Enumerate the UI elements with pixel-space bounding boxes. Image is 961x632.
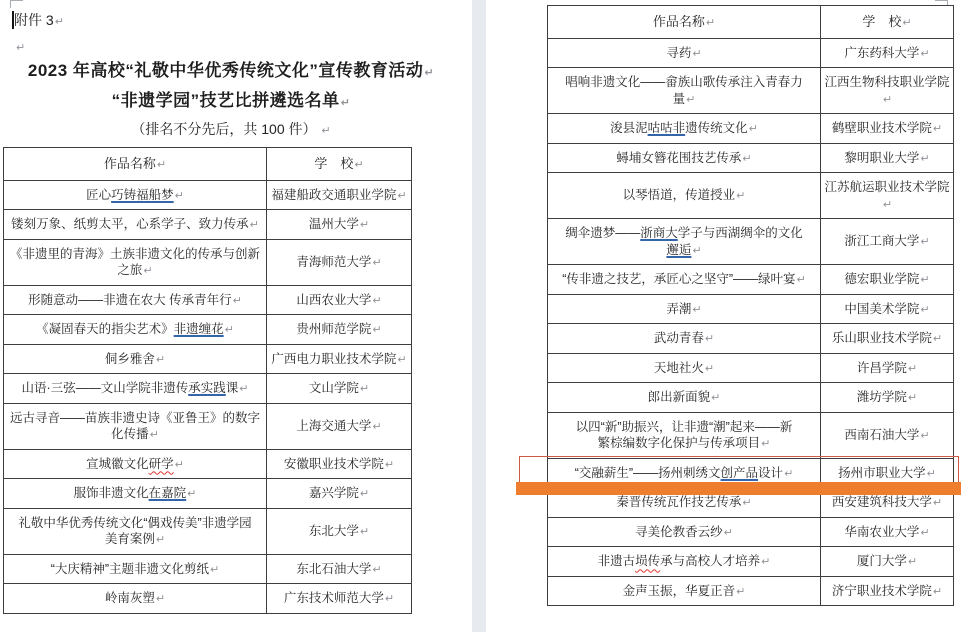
empty-paragraph[interactable]: ↵	[15, 38, 25, 56]
paragraph-mark: ↵	[385, 593, 394, 605]
attachment-label: 附件 3	[14, 12, 54, 28]
paragraph-mark: ↵	[927, 468, 936, 480]
paragraph-mark: ↵	[742, 153, 751, 165]
work-cell[interactable]: 服饰非遗文化在嘉院↵	[4, 479, 267, 509]
paragraph-mark: ↵	[797, 274, 806, 286]
paragraph-mark: ↵	[55, 16, 64, 28]
paragraph-mark: ↵	[692, 304, 701, 316]
work-text: 非遗古	[598, 554, 636, 568]
school-text: 青海师范大学	[296, 255, 371, 269]
work-text: 宣城徽文化	[86, 457, 149, 471]
school-text: 温州大学	[309, 217, 359, 231]
table-row: 匠心巧铸福船梦↵福建船政交通职业学院↵	[4, 180, 412, 210]
school-text: 江苏航运职业技术学院	[824, 180, 949, 194]
paragraph-mark: ↵	[761, 438, 770, 450]
table-header-row: 作品名称↵学 校↵	[4, 148, 412, 181]
table-row: 镂刻万象、纸剪太平，心系学子、致力传承↵温州大学↵	[4, 210, 412, 240]
school-text: 江西生物科技职业学院	[824, 75, 949, 89]
paragraph-mark: ↵	[883, 199, 892, 211]
work-text: 形随意动——非遗在农大 传承青年行	[28, 293, 231, 307]
work-text: 学子与西湖绸伞的文化	[678, 226, 803, 240]
school-text: 华南农业大学	[844, 525, 919, 539]
paragraph-mark: ↵	[372, 295, 381, 307]
school-text: 文山学院	[309, 381, 359, 395]
work-cell[interactable]: 侗乡雅舍↵	[4, 344, 267, 374]
work-cell[interactable]: 绸伞遗梦——浙商大学子与西湖绸伞的文化 邂逅↵	[548, 219, 821, 265]
work-text: 秦晋传统瓦作技艺传承	[616, 495, 741, 509]
work-text: 寻药	[666, 46, 691, 60]
paragraph-mark: ↵	[920, 527, 929, 539]
school-text: 乐山职业技术学院	[832, 331, 932, 345]
paragraph-mark: ↵	[705, 333, 714, 345]
work-text: 蟳埔女簪花围技艺传承	[616, 151, 741, 165]
school-cell[interactable]: 青海师范大学↵	[267, 239, 412, 285]
work-text: 侗乡雅舍	[105, 352, 155, 366]
paragraph-mark: ↵	[933, 333, 942, 345]
school-cell[interactable]: 西南石油大学↵	[821, 412, 954, 458]
school-cell[interactable]: 福建船政交通职业学院↵	[267, 180, 412, 210]
school-text: 鹤壁职业技术学院	[832, 121, 932, 135]
school-cell[interactable]: 温州大学↵	[267, 210, 412, 240]
paragraph-mark: ↵	[933, 123, 942, 135]
paragraph-mark: ↵	[711, 392, 720, 404]
work-text: 绸伞遗梦——	[565, 226, 640, 240]
work-text: 远古寻音——苗族非遗史诗《亚鲁王》的数字 化传播	[10, 411, 260, 442]
school-cell[interactable]: 东北大学↵	[267, 508, 412, 554]
work-text: 邂逅	[666, 243, 691, 257]
document-viewer: 附件 3↵ ↵ 2023 年高校“礼敬中华优秀传统文化”宣传教育活动↵ “非遗学…	[0, 0, 961, 632]
work-header-label: 作品名称	[653, 14, 705, 29]
work-cell[interactable]: 天地社火↵	[548, 353, 821, 383]
work-text: “传非遗之技艺，承匠心之坚守”——绿叶宴	[562, 272, 795, 286]
table-row: 唱响非遗文化——畲族山歌传承注入青春力 量↵江西生物科技职业学院↵	[548, 68, 954, 114]
table-row: 侗乡雅舍↵广西电力职业技术学院↵	[4, 344, 412, 374]
school-text: 济宁职业技术学院	[832, 584, 932, 598]
table-row: 宣城徽文化研学↵安徽职业技术学院↵	[4, 449, 412, 479]
paragraph-mark: ↵	[686, 94, 695, 106]
school-cell[interactable]: 江苏航运职业技术学院↵	[821, 173, 954, 219]
paragraph-mark: ↵	[175, 190, 184, 202]
margin-corner-mark	[10, 0, 23, 8]
document-title-line1[interactable]: 2023 年高校“礼敬中华优秀传统文化”宣传教育活动↵	[0, 56, 462, 81]
school-cell[interactable]: 鹤壁职业技术学院↵	[821, 114, 954, 144]
paragraph-mark: ↵	[933, 586, 942, 598]
school-header[interactable]: 学 校↵	[267, 148, 412, 181]
work-header-label: 作品名称	[104, 156, 156, 171]
paragraph-mark: ↵	[360, 383, 369, 395]
paragraph-mark: ↵	[908, 363, 917, 375]
work-cell[interactable]: 《凝固春天的指尖艺术》非遗缠花↵	[4, 315, 267, 345]
document-title-line2[interactable]: “非遗学园”技艺比拼遴选名单↵	[0, 86, 462, 111]
paragraph-mark: ↵	[692, 48, 701, 60]
table-row: “传非遗之技艺，承匠心之坚守”——绿叶宴↵德宏职业学院↵	[548, 265, 954, 295]
school-text: 嘉兴学院	[309, 486, 359, 500]
school-text: 广东药科大学	[844, 46, 919, 60]
work-text: 浚县泥	[610, 121, 648, 135]
table-header-row: 作品名称↵学 校↵	[548, 6, 954, 39]
table-row: 绸伞遗梦——浙商大学子与西湖绸伞的文化 邂逅↵浙江工商大学↵	[548, 219, 954, 265]
paragraph-mark: ↵	[360, 488, 369, 500]
table-row: 非遗古埙传承与高校人才培养↵厦门大学↵	[548, 547, 954, 577]
work-cell[interactable]: 寻美伦教香云纱↵	[548, 517, 821, 547]
paragraph-mark: ↵	[920, 236, 929, 248]
paragraph-mark: ↵	[143, 265, 152, 277]
work-text: 《非遗里的青海》土族非遗文化的传承与创新 之旅	[10, 247, 260, 278]
work-cell[interactable]: 《非遗里的青海》土族非遗文化的传承与创新 之旅↵	[4, 239, 267, 285]
work-cell[interactable]: 以琴悟道，传道授业↵	[548, 173, 821, 219]
school-cell[interactable]: 潍坊学院↵	[821, 383, 954, 413]
work-cell[interactable]: 形随意动——非遗在农大 传承青年行↵	[4, 285, 267, 315]
paragraph-mark: ↵	[187, 488, 196, 500]
school-cell[interactable]: 贵州师范学院↵	[267, 315, 412, 345]
work-text: 巧铸福船梦	[111, 188, 174, 202]
school-cell[interactable]: 山西农业大学↵	[267, 285, 412, 315]
table-row: 郎出新面貌↵潍坊学院↵	[548, 383, 954, 413]
school-text: 广西电力职业技术学院	[271, 352, 396, 366]
school-text: 中国美术学院	[844, 302, 919, 316]
school-cell[interactable]: 中国美术学院↵	[821, 294, 954, 324]
work-text: 承与高校人才培养	[660, 554, 760, 568]
table-row: 礼敬中华优秀传统文化“偶戏传美”非遗学园 美育案例↵东北大学↵	[4, 508, 412, 554]
school-cell[interactable]: 广西电力职业技术学院↵	[267, 344, 412, 374]
work-header[interactable]: 作品名称↵	[4, 148, 267, 181]
school-cell[interactable]: 黎明职业大学↵	[821, 143, 954, 173]
work-text: 承实践	[188, 381, 226, 395]
paragraph-mark: ↵	[150, 429, 159, 441]
work-text: 武动青春	[654, 331, 704, 345]
paragraph-mark: ↵	[233, 295, 242, 307]
table-row: 山语·三弦——文山学院非遗传承实践课↵文山学院↵	[4, 374, 412, 404]
paragraph-mark: ↵	[749, 123, 758, 135]
school-text: 德宏职业学院	[844, 272, 919, 286]
table-row: 远古寻音——苗族非遗史诗《亚鲁王》的数字 化传播↵上海交通大学↵	[4, 403, 412, 449]
school-header[interactable]: 学 校↵	[821, 6, 954, 39]
school-text: 贵州师范学院	[296, 322, 371, 336]
work-cell[interactable]: 弄潮↵	[548, 294, 821, 324]
school-cell[interactable]: 江西生物科技职业学院↵	[821, 68, 954, 114]
school-text: 扬州市职业大学	[838, 466, 926, 480]
table-row: 弄潮↵中国美术学院↵	[548, 294, 954, 324]
work-text: 浙商大	[640, 226, 678, 240]
attachment-line[interactable]: 附件 3↵	[14, 10, 64, 30]
work-cell[interactable]: 蟳埔女簪花围技艺传承↵	[548, 143, 821, 173]
work-text: 金声玉振，华夏正音	[623, 584, 736, 598]
school-text: 安徽职业技术学院	[284, 457, 384, 471]
school-text: 上海交通大学	[296, 419, 371, 433]
work-text: 课	[226, 381, 239, 395]
paragraph-mark: ↵	[341, 97, 351, 109]
work-text: 创产品	[721, 466, 759, 480]
paragraph-mark: ↵	[321, 125, 330, 137]
work-cell[interactable]: 秦晋传统瓦作技艺传承↵	[548, 488, 821, 518]
work-cell[interactable]: 远古寻音——苗族非遗史诗《亚鲁王》的数字 化传播↵	[4, 403, 267, 449]
table-row: 蟳埔女簪花围技艺传承↵黎明职业大学↵	[548, 143, 954, 173]
work-cell[interactable]: 寻药↵	[548, 38, 821, 68]
paragraph-mark: ↵	[883, 94, 892, 106]
work-text: 服饰非遗文化	[74, 486, 149, 500]
work-text: 以琴悟道，传道授业	[623, 188, 736, 202]
paragraph-mark: ↵	[920, 274, 929, 286]
table-row: “大庆精神”主题非遗文化剪纸↵东北石油大学↵	[4, 554, 412, 584]
page-gap	[472, 0, 486, 632]
school-cell[interactable]: 安徽职业技术学院↵	[267, 449, 412, 479]
paragraph-mark: ↵	[920, 430, 929, 442]
paragraph-mark: ↵	[225, 324, 234, 336]
work-text: 山语·三弦——文山学院非遗传	[22, 381, 189, 395]
paragraph-mark: ↵	[156, 593, 165, 605]
school-cell[interactable]: 乐山职业技术学院↵	[821, 324, 954, 354]
school-cell[interactable]: 上海交通大学↵	[267, 403, 412, 449]
paragraph-mark: ↵	[705, 363, 714, 375]
paragraph-mark: ↵	[706, 17, 715, 29]
work-cell[interactable]: “传非遗之技艺，承匠心之坚守”——绿叶宴↵	[548, 265, 821, 295]
paragraph-mark: ↵	[761, 556, 770, 568]
paragraph-mark: ↵	[156, 534, 165, 546]
paragraph-mark: ↵	[360, 526, 369, 538]
paragraph-mark: ↵	[372, 324, 381, 336]
school-cell[interactable]: 厦门大学↵	[821, 547, 954, 577]
table-row: 岭南灰塑↵广东技术师范大学↵	[4, 584, 412, 614]
school-cell[interactable]: 浙江工商大学↵	[821, 219, 954, 265]
work-cell[interactable]: 宣城徽文化研学↵	[4, 449, 267, 479]
paragraph-mark: ↵	[360, 219, 369, 231]
work-text: 研学	[149, 457, 174, 471]
school-text: 山西农业大学	[296, 293, 371, 307]
school-text: 浙江工商大学	[844, 234, 919, 248]
paragraph-mark: ↵	[239, 383, 248, 395]
selection-table-page2: 作品名称↵学 校↵寻药↵广东药科大学↵唱响非遗文化——畲族山歌传承注入青春力 量…	[547, 5, 954, 606]
table-row: 服饰非遗文化在嘉院↵嘉兴学院↵	[4, 479, 412, 509]
paragraph-mark: ↵	[156, 354, 165, 366]
school-cell[interactable]: 许昌学院↵	[821, 353, 954, 383]
work-cell[interactable]: 唱响非遗文化——畲族山歌传承注入青春力 量↵	[548, 68, 821, 114]
work-cell[interactable]: 山语·三弦——文山学院非遗传承实践课↵	[4, 374, 267, 404]
table-row: 《凝固春天的指尖艺术》非遗缠花↵贵州师范学院↵	[4, 315, 412, 345]
work-text: 设计	[758, 466, 783, 480]
paragraph-mark: ↵	[742, 497, 751, 509]
school-header-label: 学 校	[314, 156, 353, 171]
paragraph-mark: ↵	[908, 392, 917, 404]
paragraph-mark: ↵	[933, 497, 942, 509]
work-text: 岭南灰塑	[105, 591, 155, 605]
document-subtitle-note[interactable]: （排名不分先后，共 100 件） ↵	[0, 119, 462, 139]
school-cell[interactable]: 西安建筑科技大学↵	[821, 488, 954, 518]
work-cell[interactable]: “交融薪生”——扬州刺绣文创产品设计↵	[548, 458, 821, 488]
work-text: 天地社火	[654, 361, 704, 375]
school-cell[interactable]: 德宏职业学院↵	[821, 265, 954, 295]
work-cell[interactable]: 匠心巧铸福船梦↵	[4, 180, 267, 210]
paragraph-mark: ↵	[424, 67, 434, 79]
table-row: 武动青春↵乐山职业技术学院↵	[548, 324, 954, 354]
school-cell[interactable]: 文山学院↵	[267, 374, 412, 404]
school-text: 厦门大学	[857, 554, 907, 568]
paragraph-mark: ↵	[397, 354, 406, 366]
work-cell[interactable]: 金声玉振，华夏正音↵	[548, 576, 821, 606]
paragraph-mark: ↵	[920, 48, 929, 60]
school-cell[interactable]: 嘉兴学院↵	[267, 479, 412, 509]
work-text: 弄潮	[666, 302, 691, 316]
school-text: 东北石油大学	[296, 562, 371, 576]
work-text: “交融薪生”——扬州刺绣文	[575, 466, 721, 480]
table-row: “交融薪生”——扬州刺绣文创产品设计↵扬州市职业大学↵	[548, 458, 954, 488]
work-cell[interactable]: 非遗古埙传承与高校人才培养↵	[548, 547, 821, 577]
paragraph-mark: ↵	[784, 468, 793, 480]
school-cell[interactable]: 广东药科大学↵	[821, 38, 954, 68]
paragraph-mark: ↵	[920, 153, 929, 165]
work-cell[interactable]: 镂刻万象、纸剪太平，心系学子、致力传承↵	[4, 210, 267, 240]
work-text: 匠心	[86, 188, 111, 202]
work-cell[interactable]: 武动青春↵	[548, 324, 821, 354]
selection-table-page1: 作品名称↵学 校↵匠心巧铸福船梦↵福建船政交通职业学院↵镂刻万象、纸剪太平，心系…	[3, 147, 412, 614]
paragraph-mark: ↵	[372, 564, 381, 576]
work-text: 礼敬中华优秀传统文化“偶戏传美”非遗学园 美育案例	[18, 516, 251, 547]
table-row: 寻美伦教香云纱↵华南农业大学↵	[548, 517, 954, 547]
work-cell[interactable]: 浚县泥咕咕非遗传统文化↵	[548, 114, 821, 144]
paragraph-mark: ↵	[210, 564, 219, 576]
paragraph-mark: ↵	[736, 190, 745, 202]
school-text: 东北大学	[309, 524, 359, 538]
school-cell[interactable]: 华南农业大学↵	[821, 517, 954, 547]
work-text: 埙传	[635, 554, 660, 568]
table-row: 金声玉振，华夏正音↵济宁职业技术学院↵	[548, 576, 954, 606]
work-cell[interactable]: “大庆精神”主题非遗文化剪纸↵	[4, 554, 267, 584]
school-text: 西安建筑科技大学	[832, 495, 932, 509]
table-row: 以琴悟道，传道授业↵江苏航运职业技术学院↵	[548, 173, 954, 219]
work-text: 唱响非遗文化——畲族山歌传承注入青春力 量	[565, 75, 803, 106]
paragraph-mark: ↵	[16, 42, 25, 54]
paragraph-mark: ↵	[397, 190, 406, 202]
work-text: 以四“新”助振兴，让非遗“潮”起来——新 繁棕编数字化保护与传承项目	[576, 420, 793, 451]
paragraph-mark: ↵	[385, 459, 394, 471]
work-text: “大庆精神”主题非遗文化剪纸	[51, 562, 209, 576]
work-text: 郎出新面貌	[648, 390, 711, 404]
paragraph-mark: ↵	[902, 17, 911, 29]
paragraph-mark: ↵	[157, 159, 166, 171]
school-text: 福建船政交通职业学院	[271, 188, 396, 202]
work-text: 非遗缠花	[174, 322, 224, 336]
page-2[interactable]: 作品名称↵学 校↵寻药↵广东药科大学↵唱响非遗文化——畲族山歌传承注入青春力 量…	[486, 0, 961, 632]
school-header-label: 学 校	[862, 14, 901, 29]
paragraph-mark: ↵	[175, 459, 184, 471]
school-cell[interactable]: 扬州市职业大学↵	[821, 458, 954, 488]
work-text: 《凝固春天的指尖艺术》	[36, 322, 174, 336]
work-header[interactable]: 作品名称↵	[548, 6, 821, 39]
table-row: 寻药↵广东药科大学↵	[548, 38, 954, 68]
table-row: 秦晋传统瓦作技艺传承↵西安建筑科技大学↵	[548, 488, 954, 518]
school-text: 潍坊学院	[857, 390, 907, 404]
school-text: 黎明职业大学	[844, 151, 919, 165]
work-text: 遗传统文化	[685, 121, 748, 135]
school-text: 广东技术师范大学	[284, 591, 384, 605]
table-row: 浚县泥咕咕非遗传统文化↵鹤壁职业技术学院↵	[548, 114, 954, 144]
paragraph-mark: ↵	[724, 527, 733, 539]
paragraph-mark: ↵	[354, 159, 363, 171]
work-text: 镂刻万象、纸剪太平，心系学子、致力传承	[11, 217, 249, 231]
paragraph-mark: ↵	[372, 421, 381, 433]
table-row: 《非遗里的青海》土族非遗文化的传承与创新 之旅↵青海师范大学↵	[4, 239, 412, 285]
work-cell[interactable]: 以四“新”助振兴，让非遗“潮”起来——新 繁棕编数字化保护与传承项目↵	[548, 412, 821, 458]
school-text: 西南石油大学	[844, 428, 919, 442]
paragraph-mark: ↵	[250, 219, 259, 231]
work-cell[interactable]: 礼敬中华优秀传统文化“偶戏传美”非遗学园 美育案例↵	[4, 508, 267, 554]
school-text: 许昌学院	[857, 361, 907, 375]
work-text: 咕咕非	[648, 121, 686, 135]
paragraph-mark: ↵	[372, 257, 381, 269]
paragraph-mark: ↵	[736, 586, 745, 598]
paragraph-mark: ↵	[908, 556, 917, 568]
work-text: 在嘉院	[149, 486, 187, 500]
work-text: 寻美伦教香云纱	[635, 525, 723, 539]
work-cell[interactable]: 郎出新面貌↵	[548, 383, 821, 413]
paragraph-mark: ↵	[920, 304, 929, 316]
paragraph-mark: ↵	[692, 245, 701, 257]
table-row: 以四“新”助振兴，让非遗“潮”起来——新 繁棕编数字化保护与传承项目↵西南石油大…	[548, 412, 954, 458]
school-cell[interactable]: 广东技术师范大学↵	[267, 584, 412, 614]
work-cell[interactable]: 岭南灰塑↵	[4, 584, 267, 614]
table-row: 形随意动——非遗在农大 传承青年行↵山西农业大学↵	[4, 285, 412, 315]
school-cell[interactable]: 济宁职业技术学院↵	[821, 576, 954, 606]
table-row: 天地社火↵许昌学院↵	[548, 353, 954, 383]
page-1[interactable]: 附件 3↵ ↵ 2023 年高校“礼敬中华优秀传统文化”宣传教育活动↵ “非遗学…	[0, 0, 472, 632]
school-cell[interactable]: 东北石油大学↵	[267, 554, 412, 584]
